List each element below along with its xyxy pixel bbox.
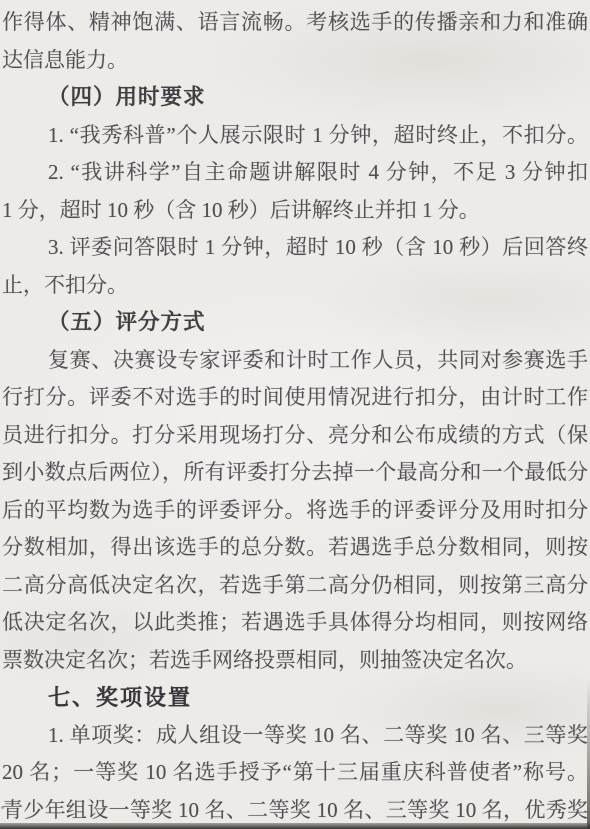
scan-edge-bottom bbox=[0, 823, 590, 829]
text-line: 1 分，超时 10 秒（含 10 秒）后讲解终止并扣 1 分。 bbox=[2, 192, 588, 230]
section-heading-scoring: （五）评分方式 bbox=[2, 304, 588, 342]
text-line: 2. “我讲科学”自主命题讲解限时 4 分钟，不足 3 分钟扣 bbox=[2, 154, 588, 192]
scan-speck bbox=[556, 11, 559, 14]
text-line: 行打分。评委不对选手的时间使用情况进行扣分，由计时工作人 bbox=[2, 379, 588, 417]
text-line: 复赛、决赛设专家评委和计时工作人员，共同对参赛选手进 bbox=[2, 342, 588, 380]
text-line: 作得体、精神饱满、语言流畅。考核选手的传播亲和力和准确传 bbox=[2, 4, 588, 42]
text-line: 1. “我秀科普”个人展示限时 1 分钟，超时终止，不扣分。 bbox=[2, 117, 588, 155]
text-line: 员进行扣分。打分采用现场打分、亮分和公布成绩的方式（保留 bbox=[2, 417, 588, 455]
scanned-document-page: 作得体、精神饱满、语言流畅。考核选手的传播亲和力和准确传 达信息能力。 （四）用… bbox=[0, 0, 590, 829]
section-heading-awards: 七、奖项设置 bbox=[2, 679, 588, 717]
text-line: 3. 评委问答限时 1 分钟，超时 10 秒（含 10 秒）后回答终 bbox=[2, 229, 588, 267]
text-line: 到小数点后两位），所有评委打分去掉一个最高分和一个最低分 bbox=[2, 454, 588, 492]
text-line: 票数决定名次；若选手网络投票相同，则抽签决定名次。 bbox=[2, 642, 588, 680]
text-line: 20 名；一等奖 10 名选手授予“第十三届重庆科普使者”称号。 bbox=[2, 754, 588, 792]
text-line: 低决定名次，以此类推；若遇选手具体得分均相同，则按网络投 bbox=[2, 604, 588, 642]
text-line: 分数相加，得出该选手的总分数。若遇选手总分数相同，则按第 bbox=[2, 529, 588, 567]
scan-speck bbox=[1, 806, 4, 809]
text-line: 1. 单项奖：成人组设一等奖 10 名、二等奖 10 名、三等奖 bbox=[2, 717, 588, 755]
text-line: 后的平均数为选手的评委评分。将选手的评委评分及用时扣分的 bbox=[2, 492, 588, 530]
text-line: 达信息能力。 bbox=[2, 42, 588, 80]
text-line: 止，不扣分。 bbox=[2, 267, 588, 305]
section-heading-timing: （四）用时要求 bbox=[2, 79, 588, 117]
text-line: 二高分高低决定名次，若选手第二高分仍相同，则按第三高分高 bbox=[2, 567, 588, 605]
